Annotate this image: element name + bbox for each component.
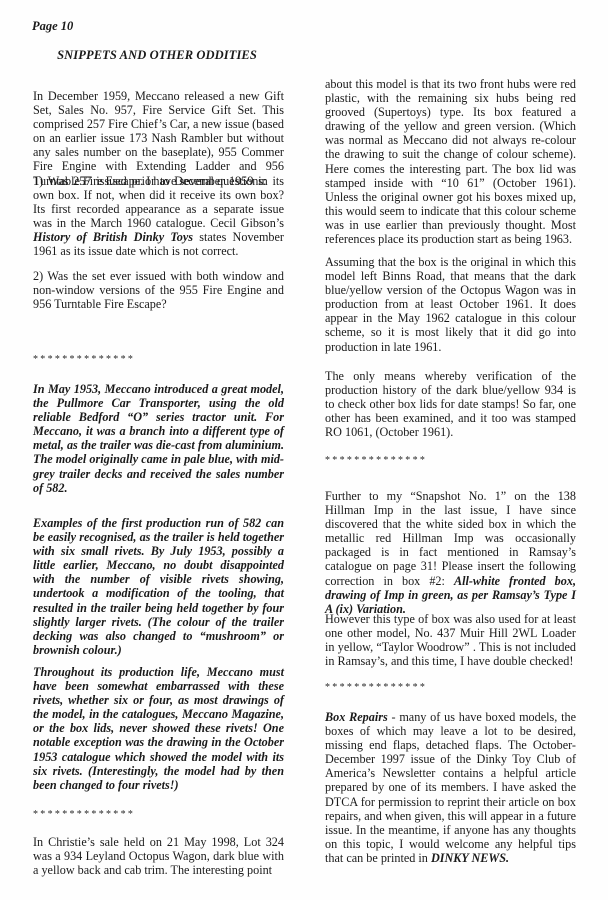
article-box-repairs: Box Repairs - many of us have boxed mode… xyxy=(325,710,576,865)
question-one: 1) Was 257 issued prior to December 1959… xyxy=(33,174,284,259)
section-divider: ************** xyxy=(33,353,284,367)
newsletter-page: Page 10 SNIPPETS AND OTHER ODDITIES In D… xyxy=(0,0,608,900)
section-divider: ************** xyxy=(325,454,576,468)
article-octopus-wagon-box: about this model is that its two front h… xyxy=(325,77,576,246)
dinky-news-title: DINKY NEWS. xyxy=(431,851,509,865)
question-two: 2) Was the set ever issued with both win… xyxy=(33,269,284,311)
scan-artifact: ˈ xyxy=(578,178,581,189)
article-gift-set-intro: In December 1959, Meccano released a new… xyxy=(33,89,284,188)
article-hillman-imp-box: Further to my “Snapshot No. 1” on the 13… xyxy=(325,489,576,616)
article-muir-hill-loader: However this type of box was also used f… xyxy=(325,612,576,668)
box-repairs-text: - many of us have boxed models, the boxe… xyxy=(325,710,576,865)
section-divider: ************** xyxy=(33,808,284,822)
article-christies-sale: In Christie’s sale held on 21 May 1998, … xyxy=(33,835,284,877)
article-pullmore-transporter: In May 1953, Meccano introduced a great … xyxy=(33,382,284,495)
article-verification: The only means whereby verification of t… xyxy=(325,369,576,439)
article-rivets: Examples of the first production run of … xyxy=(33,516,284,657)
book-title-history-of-british-dinky-toys: History of British Dinky Toys xyxy=(33,230,193,244)
question-one-text: 1) Was 257 issued prior to December 1959… xyxy=(33,174,284,230)
page-title: SNIPPETS AND OTHER ODDITIES xyxy=(32,48,282,63)
page-number: Page 10 xyxy=(32,19,73,34)
article-rivets-drawings: Throughout its production life, Meccano … xyxy=(33,665,284,792)
section-divider: ************** xyxy=(325,681,576,695)
box-repairs-heading: Box Repairs xyxy=(325,710,388,724)
article-octopus-production: Assuming that the box is the original in… xyxy=(325,255,576,354)
